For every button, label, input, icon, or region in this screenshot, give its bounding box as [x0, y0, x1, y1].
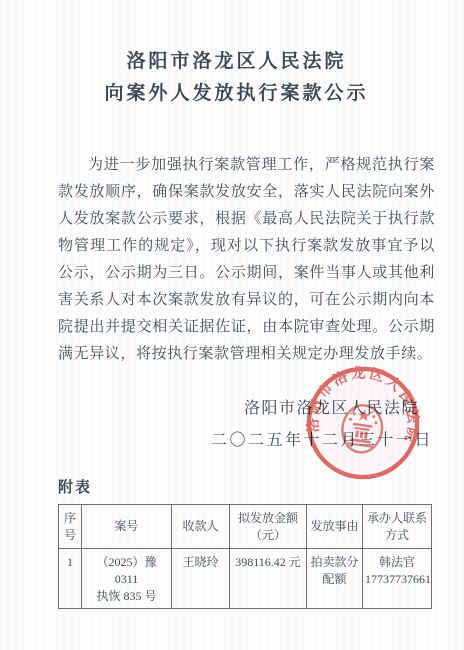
col-header-reason: 发放事由: [307, 505, 363, 549]
col-header-case-number: 案号: [82, 505, 172, 549]
notice-page: 洛阳市洛龙区人民法院 向案外人发放执行案款公示 为进一步加强执行案款管理工作，严…: [0, 0, 464, 650]
attachment-table-label: 附表: [58, 476, 435, 497]
signature-block: 洛阳市洛龙区人民法院 二〇二五年十二月三十一日: [58, 396, 435, 454]
col-header-payee: 收款人: [172, 505, 230, 549]
cell-amount: 398116.42 元: [230, 549, 307, 609]
col-header-contact: 承办人联系 方式: [363, 505, 432, 549]
cell-case-number: （2025）豫 0311 执恢 835 号: [82, 549, 172, 609]
title-notice-type: 向案外人发放执行案款公示: [38, 78, 435, 110]
notice-body-paragraph: 为进一步加强执行案款管理工作，严格规范执行案款发放顺序，确保案款发放安全，落实人…: [58, 152, 435, 368]
signature-date: 二〇二五年十二月三十一日: [58, 428, 435, 454]
cell-seq: 1: [59, 549, 82, 609]
cell-reason: 拍卖款分 配额: [307, 549, 363, 609]
signature-court-name: 洛阳市洛龙区人民法院: [58, 396, 435, 422]
payout-table: 序 号 案号 收款人 拟发放金额 （元） 发放事由 承办人联系 方式 1 （20…: [58, 504, 432, 609]
cell-contact: 韩法官 17737737661: [363, 549, 432, 609]
title-court-name: 洛阳市洛龙区人民法院: [38, 46, 435, 78]
table-row: 1 （2025）豫 0311 执恢 835 号 王晓玲 398116.42 元 …: [59, 549, 432, 609]
cell-payee: 王晓玲: [172, 549, 230, 609]
col-header-seq: 序 号: [59, 505, 82, 549]
col-header-amount: 拟发放金额 （元）: [230, 505, 307, 549]
notice-title: 洛阳市洛龙区人民法院 向案外人发放执行案款公示: [38, 46, 435, 110]
table-header-row: 序 号 案号 收款人 拟发放金额 （元） 发放事由 承办人联系 方式: [59, 505, 432, 549]
